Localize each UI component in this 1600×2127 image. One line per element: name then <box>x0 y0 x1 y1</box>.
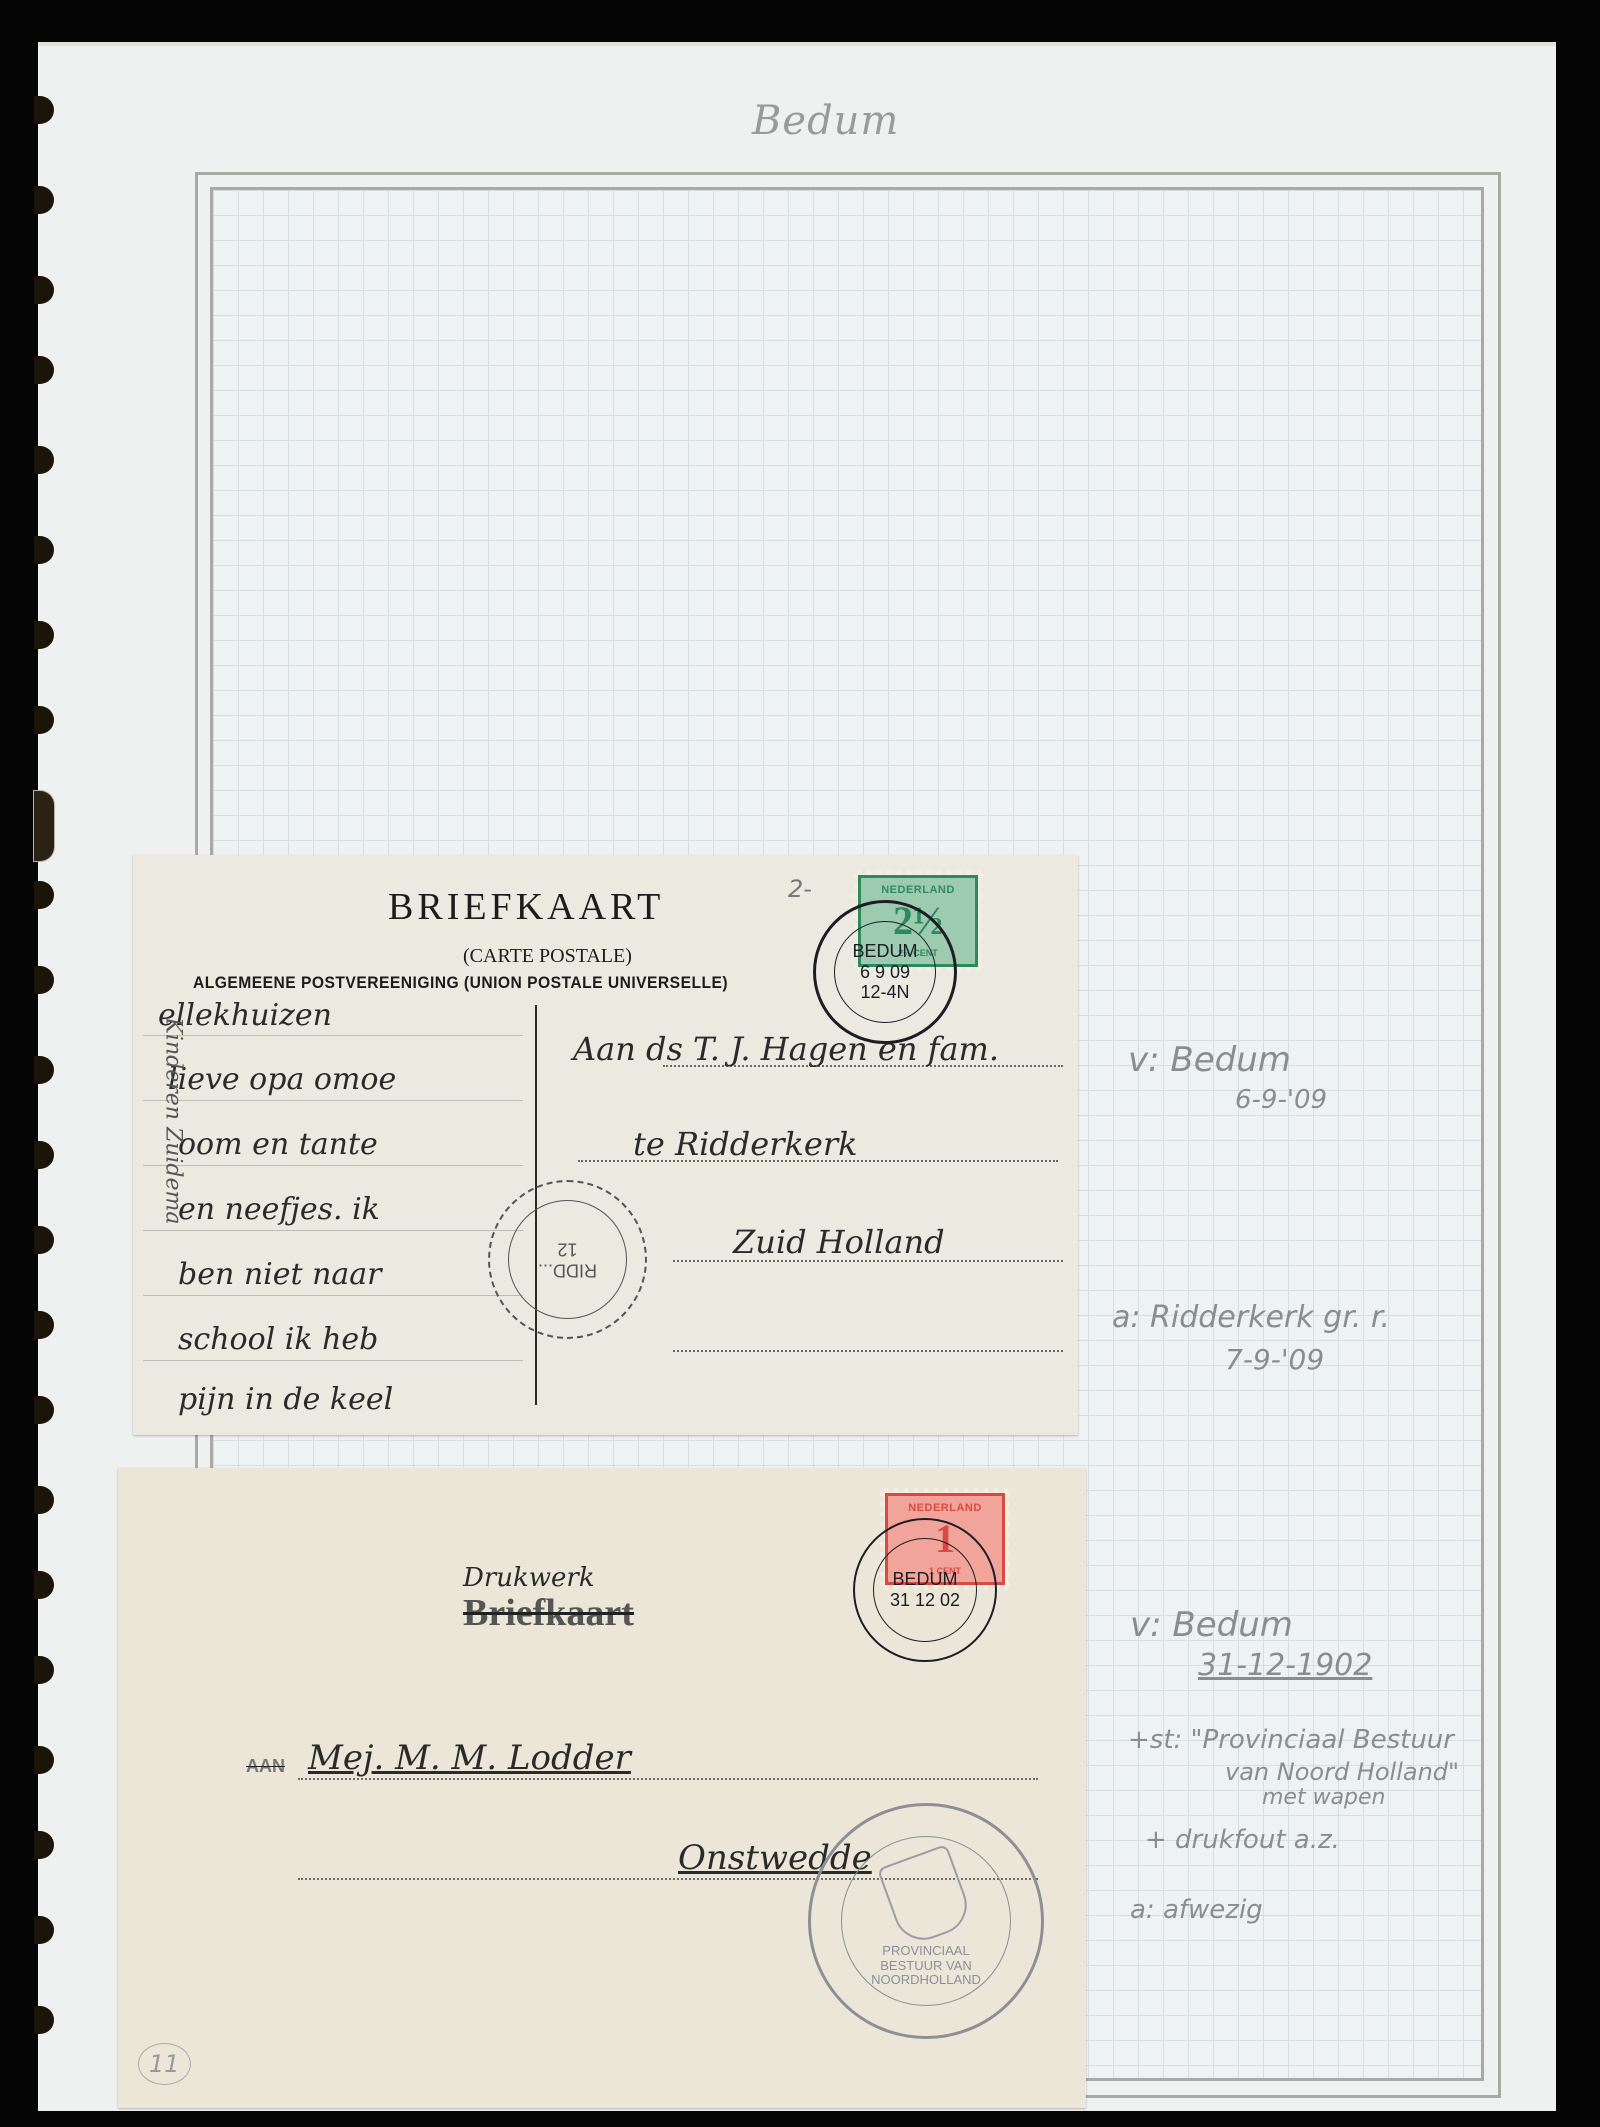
stamp-country: NEDERLAND <box>881 884 955 896</box>
binder-hole <box>34 1486 54 1514</box>
binder-hole <box>34 1056 54 1084</box>
postmark-place: RIDD... <box>538 1260 597 1281</box>
message-line: ben niet naar <box>178 1257 382 1292</box>
binder-hole <box>34 1226 54 1254</box>
binder-ring <box>34 791 54 861</box>
binder-hole <box>34 1916 54 1944</box>
address-recipient: Aan ds T. J. Hagen en fam. <box>573 1030 999 1068</box>
handwritten-drukwerk: Drukwerk <box>463 1563 595 1593</box>
annotation-print-error: + drukfout a.z. <box>1145 1825 1340 1855</box>
binder-hole <box>34 446 54 474</box>
binder-hole <box>34 1831 54 1859</box>
binder-hole <box>34 1396 54 1424</box>
annotation-card1-arrival-date: 7-9-'09 <box>1225 1343 1324 1376</box>
union-line: ALGEMEENE POSTVEREENIGING (UNION POSTALE… <box>193 973 728 993</box>
vertical-margin-text: Kinderen Zuidema <box>161 1018 186 1398</box>
address-prefix: AAN <box>246 1756 285 1777</box>
annotation-cachet-line-3: met wapen <box>1262 1785 1386 1810</box>
annotation-card1-departure-date: 6-9-'09 <box>1235 1085 1327 1115</box>
binder-hole <box>34 1746 54 1774</box>
cachet-provinciaal-bestuur: PROVINCIAAL BESTUUR VAN NOORDHOLLAND <box>808 1803 1044 2039</box>
postcard-drukwerk-1902: Drukwerk Briefkaart AAN Mej. M. M. Lodde… <box>118 1468 1086 2108</box>
binder-hole <box>34 966 54 994</box>
card-title: BRIEFKAART <box>388 885 664 929</box>
message-rule <box>143 1035 523 1036</box>
stamp-country: NEDERLAND <box>908 1502 982 1514</box>
binder-hole <box>34 1571 54 1599</box>
binder-hole <box>34 881 54 909</box>
message-line: lieve opa omoe <box>168 1062 396 1097</box>
message-rule <box>143 1100 523 1101</box>
page-heading: Bedum <box>752 98 899 144</box>
postmark-ridderkerk: RIDD... 12 <box>488 1180 647 1339</box>
annotation-cachet-line-2: van Noord Holland" <box>1225 1758 1459 1786</box>
page-number: 11 <box>138 2043 191 2085</box>
address-town: te Ridderkerk <box>633 1125 858 1163</box>
message-line: pijn in de keel <box>178 1382 393 1417</box>
binder-hole <box>34 1656 54 1684</box>
annotation-cachet-line-1: +st: "Provinciaal Bestuur <box>1128 1725 1454 1755</box>
postmark-bedum: BEDUM 31 12 02 <box>853 1518 997 1662</box>
annotation-card2-arrival: a: afwezig <box>1130 1895 1263 1925</box>
binder-hole <box>34 1141 54 1169</box>
binder-hole <box>34 356 54 384</box>
message-rule <box>143 1165 523 1166</box>
binder-hole <box>34 536 54 564</box>
postcard-briefkaart-1909: BRIEFKAART (CARTE POSTALE) ALGEMEENE POS… <box>133 855 1078 1435</box>
address-recipient: Mej. M. M. Lodder <box>308 1738 631 1778</box>
binder-hole <box>34 1311 54 1339</box>
annotation-card1-arrival: a: Ridderkerk gr. r. <box>1112 1300 1390 1335</box>
postmark-bedum: BEDUM 6 9 09 12-4N <box>813 900 957 1044</box>
address-line <box>673 1350 1063 1352</box>
message-line: en neefjes. ik <box>178 1192 380 1227</box>
annotation-card2-departure-date: 31-12-1902 <box>1198 1648 1372 1683</box>
pencil-mark: 2- <box>788 875 812 903</box>
binder-hole <box>34 621 54 649</box>
binder-hole <box>34 706 54 734</box>
address-province: Zuid Holland <box>733 1223 945 1261</box>
message-rule <box>143 1360 523 1361</box>
binder-hole <box>34 276 54 304</box>
postmark-time: 12 <box>538 1239 597 1260</box>
annotation-card2-departure: v: Bedum <box>1130 1605 1293 1645</box>
binder-hole <box>34 96 54 124</box>
message-rule <box>143 1230 523 1231</box>
address-line <box>298 1778 1038 1780</box>
annotation-card1-departure: v: Bedum <box>1128 1040 1291 1080</box>
binder-hole <box>34 2006 54 2034</box>
printed-briefkaart-struck: Briefkaart <box>463 1591 634 1635</box>
message-line: school ik heb <box>178 1322 378 1357</box>
card-subtitle: (CARTE POSTALE) <box>463 945 632 968</box>
binder-hole <box>34 186 54 214</box>
message-rule <box>143 1295 523 1296</box>
message-line: oom en tante <box>178 1127 378 1162</box>
